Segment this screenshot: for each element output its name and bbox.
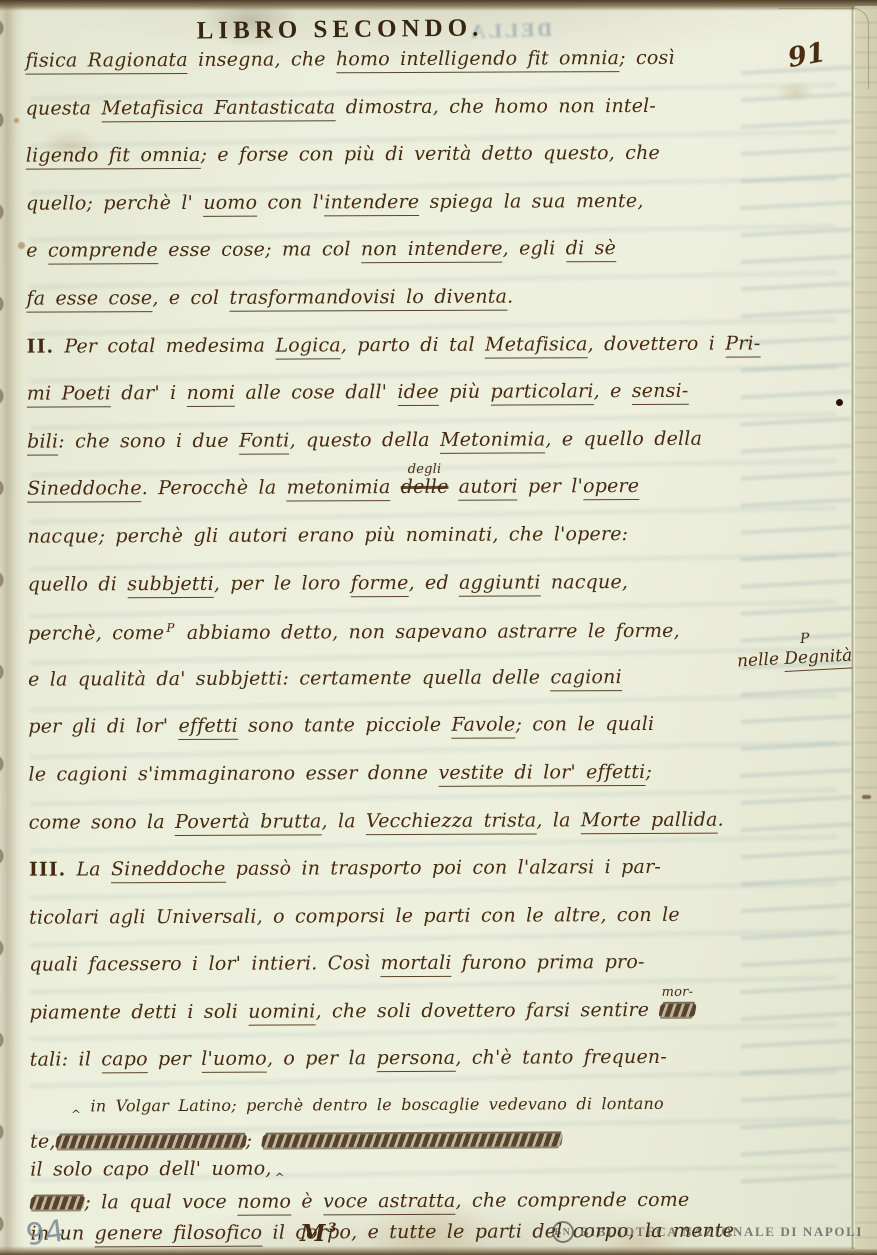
- handwriting-text: , che comprende come: [455, 1189, 689, 1212]
- handwriting-text: .: [718, 808, 724, 830]
- pencil-folio-number: 94: [24, 1214, 66, 1253]
- manuscript-line: ^ in Volgar Latino; perchè dentro le bos…: [30, 1095, 790, 1132]
- handwriting-text: per: [148, 1048, 202, 1070]
- underlined-word: autori: [459, 476, 518, 501]
- underlined-word: opere: [583, 475, 639, 500]
- handwriting-text: con l': [257, 191, 324, 213]
- underlined-word: particolari: [490, 380, 593, 405]
- underlined-word: Metonimia: [440, 428, 545, 453]
- handwriting-text: , e quello della: [545, 427, 702, 450]
- manuscript-line: tali: il capo per l'uomo, o per la perso…: [30, 1048, 790, 1099]
- handwriting-text: in Volgar Latino; perchè dentro le bosca…: [81, 1094, 664, 1116]
- handwriting-text: abbiamo detto, non sapevano astrarre le …: [177, 620, 680, 644]
- struck-text: delle: [401, 476, 449, 498]
- library-watermark-text: Biblioteca Nazionale di Napoli: [580, 1224, 863, 1240]
- handwriting-text: te,: [30, 1131, 56, 1153]
- underlined-word: forme: [351, 572, 409, 597]
- handwriting-text: alle cose dall': [235, 381, 397, 404]
- handwriting-text: quello; perchè l': [26, 192, 203, 215]
- handwriting-text: : che sono i due: [58, 429, 239, 452]
- underlined-word: Pri-: [725, 332, 760, 357]
- margin-note-word: Degnità: [784, 645, 853, 672]
- quire-signature: M3: [300, 1220, 339, 1247]
- underlined-word: Metafisica Fantasticata: [101, 96, 335, 122]
- underlined-word: bili: [27, 430, 58, 455]
- underlined-word: genere filosofico: [95, 1222, 263, 1248]
- manuscript-line: questa Metafisica Fantasticata dimostra,…: [26, 96, 786, 147]
- handwriting-text: dar' i: [111, 382, 187, 404]
- underlying-page-stack-edge: [855, 6, 877, 1249]
- manuscript-line: mi Poeti dar' i nomi alle cose dall' ide…: [27, 382, 787, 433]
- handwriting-text: quali facessero i lor' intieri. Così: [29, 952, 380, 976]
- underlined-word: homo intelligendo fit omnia: [336, 47, 619, 73]
- handwriting-text: spiega la sua mente,: [419, 190, 643, 213]
- handwriting-text: le cagioni s'immaginarono esser donne: [28, 762, 438, 786]
- underlined-word: non intendere: [361, 238, 503, 264]
- handwriting-text: Per cotal medesima: [54, 334, 275, 357]
- library-watermark: BN Biblioteca Nazionale di Napoli: [552, 1221, 863, 1243]
- underlined-word: cagioni: [550, 666, 621, 691]
- underlined-word: mi Poeti: [27, 382, 111, 407]
- foxing-spot: [18, 242, 25, 249]
- underlined-word: uomini: [248, 1000, 315, 1025]
- manuscript-line: piamente detti i soli uomini, che soli d…: [30, 1000, 790, 1051]
- manuscript-scan-page: DELLA LIBRO SECONDO. 91 fisica Ragionata…: [0, 0, 877, 1255]
- underlined-word: nomi: [187, 382, 236, 407]
- underlined-word: Vecchiezza trista: [366, 809, 536, 835]
- page-right-edge-crease: [851, 6, 854, 1249]
- underlined-word: Logica: [275, 334, 341, 359]
- underlined-word: nomo: [237, 1191, 291, 1216]
- handwriting-text: ; e forse con più di verità detto questo…: [200, 142, 660, 166]
- section-numeral: II.: [27, 335, 54, 357]
- handwriting-text: , la: [536, 809, 581, 831]
- manuscript-line: III. La Sineddoche passò in trasporto po…: [29, 857, 789, 908]
- interlinear-correction: mor-: [662, 986, 694, 999]
- underlined-word: persona: [377, 1047, 456, 1072]
- margin-reference-mark: P: [800, 631, 810, 647]
- scribbled-out-text: [29, 1196, 85, 1209]
- scribbled-out-text: [658, 1004, 696, 1017]
- underlined-word: ligendo fit omnia: [26, 144, 201, 170]
- manuscript-line: quello di subbjetti, per le loro forme, …: [28, 572, 788, 623]
- handwriting-text: tali: il: [30, 1049, 102, 1071]
- manuscript-line: e comprende esse cose; ma col non intend…: [26, 239, 786, 290]
- handwriting-text: nacque,: [541, 571, 629, 593]
- underlined-word: Povertà brutta: [175, 810, 322, 836]
- corrected-passage: mor-: [659, 1001, 695, 1020]
- manuscript-line: fisica Ragionata insegna, che homo intel…: [25, 48, 785, 99]
- underlined-word: di sè: [566, 237, 616, 262]
- handwriting-text: , egli: [503, 238, 566, 260]
- handwriting-text: , la: [321, 810, 366, 832]
- underlined-word: Sineddoche: [27, 478, 142, 503]
- underlined-word: Sineddoche: [111, 858, 226, 883]
- underlined-word: l'uomo: [201, 1048, 267, 1073]
- handwriting-text: , per le loro: [214, 572, 351, 595]
- manuscript-line: per gli di lor' effetti sono tante picci…: [28, 715, 788, 766]
- underlined-word: fa esse cose: [26, 287, 152, 313]
- handwriting-text: questa: [26, 97, 102, 119]
- superscript-mark: P: [166, 621, 174, 635]
- handwriting-text: , o per la: [267, 1048, 377, 1070]
- underlined-word: fisica Ragionata: [25, 49, 188, 75]
- manuscript-line: II. Per cotal medesima Logica, parto di …: [27, 334, 787, 385]
- underlined-word: aggiunti: [459, 571, 541, 596]
- underlined-word: vestite di lor' effetti: [438, 761, 645, 787]
- manuscript-line: come sono la Povertà brutta, la Vecchiez…: [29, 810, 789, 861]
- handwriting-text: , ch'è tanto frequen-: [455, 1046, 667, 1069]
- handwriting-text: e la qualità da' subbjetti: certamente q…: [28, 666, 550, 690]
- manuscript-line: ligendo fit omnia; e forse con più di ve…: [26, 144, 786, 195]
- handwriting-text: ; con le quali: [515, 713, 654, 736]
- underlined-word: Morte pallida: [581, 808, 718, 834]
- manuscript-line: ticolari agli Universali, o comporsi le …: [29, 905, 789, 956]
- quire-signature-letter: M: [300, 1220, 325, 1247]
- handwriting-text: è: [291, 1190, 323, 1212]
- underlined-word: Metafisica: [485, 333, 588, 358]
- handwriting-text: .: [507, 286, 513, 308]
- caret-insertion-mark: ^: [71, 1107, 81, 1121]
- underlined-word: voce astratta: [323, 1190, 456, 1216]
- scribbled-out-text: [261, 1133, 563, 1147]
- library-logo-icon: BN: [552, 1221, 574, 1243]
- underlined-word: comprende: [48, 239, 158, 264]
- binding-gutter-edge: [0, 0, 24, 1255]
- handwriting-text: , che soli dovettero farsi sentire: [315, 999, 659, 1023]
- section-numeral: III.: [29, 859, 66, 881]
- handwriting-text: il solo capo dell' uomo,: [30, 1158, 271, 1181]
- underlined-word: subbjetti: [127, 572, 214, 597]
- handwriting-text: [390, 476, 400, 498]
- underlined-word: metonimia: [287, 476, 391, 501]
- handwriting-text: più: [439, 381, 491, 403]
- manuscript-line: fa esse cose, e col trasformandovisi lo …: [26, 286, 786, 337]
- handwriting-text: ;: [645, 761, 652, 783]
- underlined-word: capo: [101, 1049, 147, 1074]
- handwriting-text: perchè, come: [28, 622, 165, 645]
- handwriting-text: furono prima pro-: [452, 951, 645, 974]
- handwriting-text: , parto di tal: [341, 333, 485, 356]
- handwriting-text: come sono la: [29, 811, 175, 834]
- caret-insertion-mark: ^: [275, 1171, 285, 1185]
- underlined-word: mortali: [381, 952, 452, 977]
- underlined-word: Favole: [451, 714, 515, 739]
- scribbled-out-text: [55, 1135, 247, 1149]
- handwriting-text: esse cose; ma col: [158, 239, 361, 262]
- ink-blot-spot: [836, 399, 843, 406]
- underlined-word: uomo: [203, 191, 257, 216]
- manuscript-line: nacque; perchè gli autori erano più nomi…: [27, 524, 787, 575]
- page-top-edge: [0, 0, 877, 11]
- manuscript-line: te,;: [30, 1129, 790, 1160]
- folio-number: 91: [786, 37, 828, 74]
- handwriting-text: ; la qual voce: [84, 1191, 237, 1214]
- underlined-word: sensi-: [632, 380, 689, 405]
- manuscript-line: Sineddoche. Perocchè la metonimia deglid…: [27, 477, 787, 528]
- handwriting-text: per gli di lor': [28, 715, 178, 738]
- handwriting-text: per l': [518, 476, 583, 498]
- handwriting-text: , ed: [409, 571, 460, 593]
- underlined-word: intendere: [324, 191, 419, 216]
- handwriting-text: , questo della: [289, 429, 440, 452]
- manuscript-line: quello; perchè l' uomo con l'intendere s…: [26, 191, 786, 242]
- handwriting-text: dimostra, che homo non intel-: [335, 95, 656, 118]
- manuscript-line: e la qualità da' subbjetti: certamente q…: [28, 667, 788, 718]
- handwriting-text: passò in trasporto poi con l'alzarsi i p…: [225, 856, 661, 880]
- underlined-word: idee: [397, 381, 439, 406]
- page-title: LIBRO SECONDO.: [70, 13, 610, 47]
- handwriting-text: ; così: [619, 47, 675, 69]
- marginal-pen-mark: [862, 795, 871, 799]
- underlined-word: effetti: [179, 715, 238, 740]
- handwriting-text: , dovettero i: [588, 332, 726, 355]
- manuscript-body: fisica Ragionata insegna, che homo intel…: [25, 48, 790, 1255]
- interlinear-correction: degli: [408, 463, 442, 476]
- corrected-passage: deglidelle: [401, 478, 449, 497]
- handwriting-text: La: [66, 858, 111, 880]
- handwriting-text: , e col: [152, 287, 229, 309]
- quire-signature-superscript: 3: [327, 1221, 336, 1236]
- handwriting-text: insegna, che: [188, 48, 336, 71]
- foxing-spot: [14, 118, 19, 123]
- manuscript-line: perchè, comeP abbiamo detto, non sapevan…: [28, 619, 788, 670]
- handwriting-text: piamente detti i soli: [30, 1001, 249, 1024]
- manuscript-line: le cagioni s'immaginarono esser donne ve…: [28, 762, 788, 813]
- underlined-word: Fonti: [239, 429, 290, 454]
- margin-note-text: nelle: [737, 649, 785, 671]
- underlined-word: trasformandovisi lo diventa: [229, 286, 507, 312]
- handwriting-text: e: [26, 240, 48, 262]
- handwriting-text: ;: [246, 1130, 263, 1152]
- handwriting-text: . Perocchè la: [142, 477, 287, 500]
- handwriting-text: nacque; perchè gli autori erano più nomi…: [27, 523, 628, 548]
- handwriting-text: , e: [594, 380, 632, 402]
- handwriting-text: ticolari agli Universali, o comporsi le …: [29, 904, 680, 929]
- handwriting-text: quello di: [28, 573, 128, 595]
- handwriting-text: sono tante picciole: [238, 714, 452, 737]
